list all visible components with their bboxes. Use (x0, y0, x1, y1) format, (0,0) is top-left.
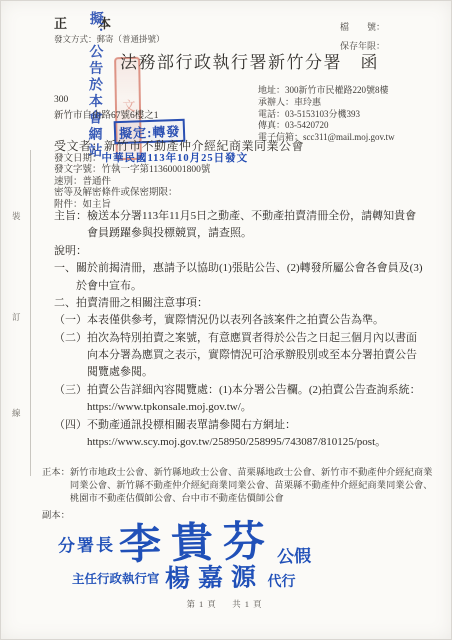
sender-fax: 傳真：03-5420720 (258, 120, 395, 132)
official-letter-page: 裝 訂 線 正 本 發文方式：郵寄（普通掛號） 檔 號： 保存年限： 擬．公告於… (0, 0, 452, 640)
document-number: 發文字號：竹執一字第11360001800號 (54, 165, 248, 176)
signer-name-acting: 楊嘉源 (164, 565, 263, 592)
signature-row-acting: 主任行政執行官 楊嘉源 代行 (72, 565, 398, 591)
explanation-subitem-3: （三）拍賣公告詳細內容閱覽處：(1)本分署公告欄。(2)拍賣公告查詢系統：htt… (54, 382, 426, 417)
letter-body: 主旨：檢送本分署113年11月5日之動產、不動產拍賣清冊全份，請轉知貴會會員踴躍… (54, 208, 426, 451)
security-classification: 密等及解密條件或保密期限： (54, 188, 248, 199)
signer-status-director: 公假 (277, 541, 312, 567)
binding-mark-ding: 訂 (12, 311, 21, 323)
file-number-label: 檔 號： (340, 20, 385, 33)
dispatch-method: 發文方式：郵寄（普通掛號） (54, 33, 165, 45)
document-meta-block: 發文日期：中華民國113年10月25日發文 發文字號：竹執一字第11360001… (54, 153, 248, 211)
issue-date-stamp: 中華民國113年10月25日發文 (102, 153, 249, 164)
explanation-label: 說明： (54, 243, 426, 260)
signer-role-director: 分署長 (58, 531, 115, 557)
signature-row-director: 分署長 李貴芬 公假 (58, 520, 398, 567)
explanation-subitem-1: （一）本表僅供參考，實際情況仍以表列各該案件之拍賣公告為準。 (54, 312, 426, 329)
signature-block: 分署長 李貴芬 公假 主任行政執行官 楊嘉源 代行 (58, 520, 398, 591)
page-number-footer: 第1頁 共1頁 (0, 598, 452, 610)
recipient-address: 新竹市自由路67號6樓之1 (54, 107, 159, 121)
recipient-line: 受文者：新竹市不動產仲介經紀商業同業公會 (54, 137, 304, 154)
signer-status-acting: 代行 (268, 571, 296, 591)
speed-level: 速別：普通件 (54, 177, 248, 188)
issue-date-row: 發文日期：中華民國113年10月25日發文 (54, 153, 248, 165)
signer-role-acting: 主任行政執行官 (72, 569, 160, 588)
sender-address: 地址：300新竹市民權路220號8樓 (258, 85, 395, 97)
explanation-item-1: 一、關於前揭清冊，惠請予以協助(1)張貼公告、(2)轉發所屬公會各會員及(3)於… (54, 260, 426, 295)
explanation-subitem-4: （四）不動產通訊投標相關表單請參閱右方網址：https://www.scy.mo… (54, 417, 426, 452)
signer-name-director: 李貴芬 (118, 520, 275, 566)
document-title: 法務部行政執行署新竹分署 函 (120, 48, 379, 73)
binding-mark-zhuang: 裝 (12, 210, 21, 222)
sender-contact-person: 承辦人：車玲惠 (258, 97, 395, 109)
distribution-block: 正本：新竹市地政士公會、新竹縣地政士公會、苗栗縣地政士公會、新竹市不動產仲介經紀… (42, 467, 438, 523)
original-recipients: 正本：新竹市地政士公會、新竹縣地政士公會、苗栗縣地政士公會、新竹市不動產仲介經紀… (42, 467, 438, 507)
binding-mark-xian: 線 (12, 407, 21, 419)
recipient-postal-code: 300 (54, 95, 68, 105)
subject-paragraph: 主旨：檢送本分署113年11月5日之動產、不動產拍賣清冊全份，請轉知貴會會員踴躍… (54, 208, 426, 243)
explanation-item-2: 二、拍賣清冊之相關注意事項： (54, 295, 426, 312)
explanation-subitem-2: （二）拍次為特別拍賣之案號，有意應買者得於公告之日起三個月內以書面向本分署為應買… (54, 330, 426, 382)
binding-margin-line (30, 150, 31, 476)
sender-phone: 電話：03-5153103分機393 (258, 109, 395, 121)
issue-date-label: 發文日期： (54, 154, 102, 164)
sender-info-block: 地址：300新竹市民權路220號8樓 承辦人：車玲惠 電話：03-5153103… (258, 85, 395, 144)
